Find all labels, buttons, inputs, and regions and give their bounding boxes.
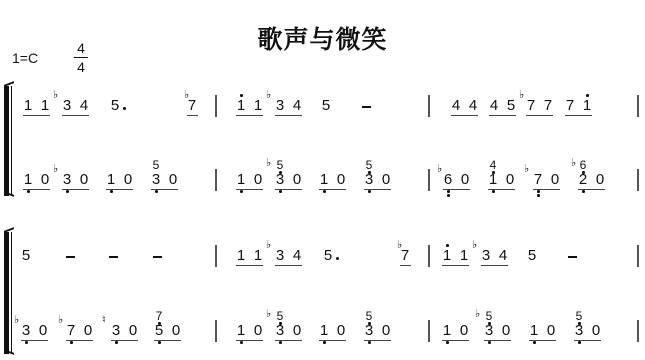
note: 1 [236,98,246,114]
note: 1 [442,323,452,339]
octave-dot [323,341,326,344]
octave-dot [323,190,326,193]
flat-icon: ♭ [53,164,58,175]
note: 7 [400,248,410,264]
beam-line [574,340,601,341]
octave-dot [279,341,282,344]
beam-line [442,265,469,266]
note: 3 [481,248,491,264]
beam-line [364,189,391,190]
beam-line [529,340,556,341]
flat-icon: ♭ [475,309,480,320]
note: 4 [79,98,89,114]
octave-dot [279,171,282,174]
note: 3 [275,172,285,188]
key-signature: 1=C [12,50,38,66]
note: 0 [83,323,93,339]
note: 0 [171,323,181,339]
octave-dot [368,190,371,193]
note: 0 [336,323,346,339]
octave-dot [537,194,540,197]
beam-line [275,189,302,190]
flat-icon: ♭ [571,158,576,169]
note: 3 [275,98,285,114]
bar-line [215,95,217,117]
note: 5 [154,323,164,339]
note: 5 [323,248,333,264]
note: 0 [38,323,48,339]
note: 1 [459,248,469,264]
note: 1 [23,172,33,188]
note: 7 [187,98,197,114]
octave-dot [488,341,491,344]
note: 1 [319,172,329,188]
system-2-bracket-icon [4,232,9,354]
octave-dot [368,171,371,174]
beam-line [565,115,592,116]
note: 3 [364,323,374,339]
beam-line [275,115,302,116]
beam-line [442,340,469,341]
note: 1 [253,98,263,114]
natural-icon: ♮ [102,315,106,326]
flat-icon: ♭ [519,90,524,101]
note: 0 [123,172,133,188]
note: 1 [582,98,592,114]
note: 0 [505,172,515,188]
note: 5 [527,248,537,264]
beam-line [111,340,138,341]
chord-note: 4 [488,159,498,171]
beam-line [451,115,478,116]
flat-icon: ♭ [266,90,271,101]
octave-dot [582,190,585,193]
octave-dot [110,190,113,193]
octave-dot [446,244,449,247]
beam-line [154,340,181,341]
note: 0 [381,323,391,339]
beam-line [319,189,346,190]
beam-line [187,115,198,116]
bar-line [215,245,217,267]
beam-line [488,189,515,190]
octave-dot [240,94,243,97]
time-signature-top: 4 [74,40,88,56]
bar-line [637,169,639,191]
note: 3 [151,172,161,188]
note: 7 [66,323,76,339]
note: 3 [364,172,374,188]
beam-line [400,265,411,266]
octave-dot [447,194,450,197]
bar-line [428,320,430,342]
flat-icon: ♭ [266,158,271,169]
octave-dot [447,190,450,193]
note: 1 [529,323,539,339]
time-signature-bottom: 4 [74,59,88,75]
note: 3 [62,98,72,114]
octave-dot [279,190,282,193]
note: 3 [62,172,72,188]
note: 4 [498,248,508,264]
flat-icon: ♭ [266,309,271,320]
time-signature: 4 4 [74,40,88,75]
sustain-dash [66,256,75,258]
note: 5 [321,98,331,114]
note: 4 [468,98,478,114]
octave-dot [240,190,243,193]
note: 0 [595,172,605,188]
note: 0 [253,323,263,339]
beam-line [275,340,302,341]
note: 0 [292,323,302,339]
note: 1 [236,248,246,264]
note: 0 [128,323,138,339]
note: 5 [21,248,31,264]
note: 0 [501,323,511,339]
note: 3 [275,323,285,339]
note: 1 [40,98,50,114]
octave-dot [533,341,536,344]
note: 3 [275,248,285,264]
beam-line [21,340,48,341]
sustain-dash [568,256,577,258]
note: 0 [168,172,178,188]
beam-line [533,189,560,190]
octave-dot [368,341,371,344]
flat-icon: ♭ [14,315,19,326]
beam-line [236,115,263,116]
bar-line [428,95,430,117]
octave-dot [586,94,589,97]
chord-note: 5 [275,310,285,322]
note: 7 [565,98,575,114]
beam-line [62,115,89,116]
octave-dot [446,341,449,344]
note: 3 [111,323,121,339]
note: 2 [578,172,588,188]
octave-dot [27,190,30,193]
chord-note: 5 [574,310,584,322]
chord-note: 6 [578,159,588,171]
note: 4 [489,98,499,114]
bar-line [215,169,217,191]
beam-line [481,265,508,266]
octave-dot [492,190,495,193]
sustain-dash [153,256,162,258]
bar-line [428,169,430,191]
chord-note: 5 [151,159,161,171]
note: 1 [442,248,452,264]
note: 0 [253,172,263,188]
bar-line [637,320,639,342]
octave-dot [240,341,243,344]
chord-note: 5 [364,159,374,171]
octave-dot [158,322,161,325]
octave-dot [492,171,495,174]
sustain-dash [362,106,371,108]
octave-dot [537,190,540,193]
bar-line [215,320,217,342]
octave-dot [155,190,158,193]
note: 1 [106,172,116,188]
octave-dot [368,322,371,325]
octave-dot [488,322,491,325]
note: 0 [40,172,50,188]
note: 3 [574,323,584,339]
note: 4 [292,248,302,264]
note: 7 [543,98,553,114]
note: 1 [488,172,498,188]
beam-line [236,265,263,266]
beam-line [23,115,50,116]
octave-dot [279,322,282,325]
note: 4 [451,98,461,114]
bar-line [637,245,639,267]
note: 6 [443,172,453,188]
beam-line [443,189,470,190]
score-title: 歌声与微笑 [0,20,645,56]
flat-icon: ♭ [58,315,63,326]
note: 1 [23,98,33,114]
note: 5 [506,98,516,114]
note: 0 [381,172,391,188]
beam-line [23,189,50,190]
beam-line [66,340,93,341]
beam-line [489,115,516,116]
octave-dot [70,341,73,344]
chord-note: 5 [364,310,374,322]
note: 5 [110,98,120,114]
chord-note: 5 [484,310,494,322]
note: 0 [546,323,556,339]
system-1-bracket-icon [4,86,9,196]
beam-line [106,189,133,190]
beam-line [236,189,263,190]
note: 1 [236,323,246,339]
beam-line [364,340,391,341]
flat-icon: ♭ [437,164,442,175]
octave-dot [115,341,118,344]
note: 1 [236,172,246,188]
augmentation-dot [336,257,339,260]
beam-line [151,189,178,190]
beam-line [62,189,89,190]
note: 3 [21,323,31,339]
note: 0 [459,323,469,339]
note: 0 [460,172,470,188]
flat-icon: ♭ [266,240,271,251]
octave-dot [578,322,581,325]
note: 4 [292,98,302,114]
note: 1 [319,323,329,339]
beam-line [236,340,263,341]
beam-line [484,340,511,341]
chord-note: 7 [154,310,164,322]
note: 0 [79,172,89,188]
sustain-dash [109,256,118,258]
note: 0 [336,172,346,188]
chord-note: 5 [275,159,285,171]
note: 3 [484,323,494,339]
octave-dot [582,171,585,174]
note: 1 [253,248,263,264]
note: 0 [292,172,302,188]
note: 0 [550,172,560,188]
flat-icon: ♭ [524,164,529,175]
beam-line [526,115,553,116]
bar-line [428,245,430,267]
note: 7 [526,98,536,114]
octave-dot [25,341,28,344]
bar-line [637,95,639,117]
time-signature-divider [74,57,88,58]
beam-line [578,189,605,190]
flat-icon: ♭ [53,90,58,101]
beam-line [275,265,302,266]
octave-dot [578,341,581,344]
note: 7 [533,172,543,188]
beam-line [319,340,346,341]
octave-dot [158,341,161,344]
note: 0 [591,323,601,339]
octave-dot [66,190,69,193]
augmentation-dot [123,107,126,110]
flat-icon: ♭ [472,240,477,251]
